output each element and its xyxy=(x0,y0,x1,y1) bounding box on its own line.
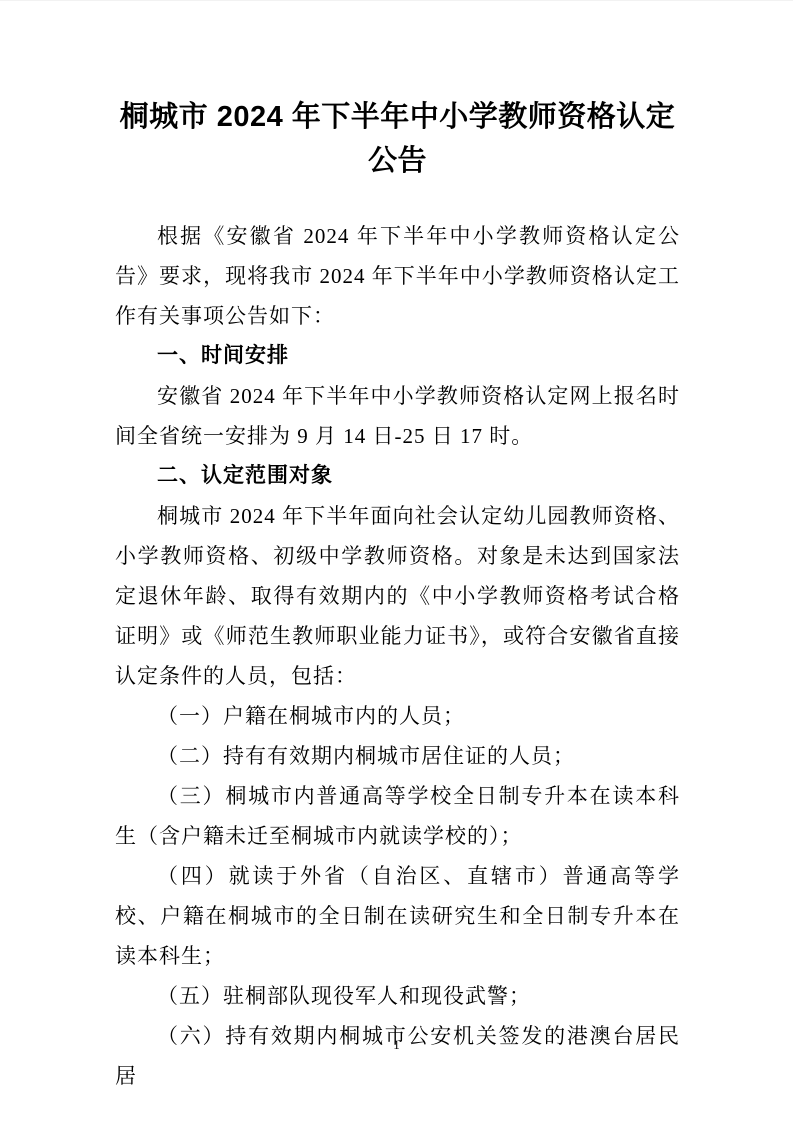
section-2-heading: 二、认定范围对象 xyxy=(115,456,680,496)
intro-paragraph: 根据《安徽省 2024 年下半年中小学教师资格认定公告》要求，现将我市 2024… xyxy=(115,216,680,336)
section-1-heading: 一、时间安排 xyxy=(115,336,680,376)
list-item-3: （三）桐城市内普通高等学校全日制专升本在读本科生（含户籍未迁至桐城市内就读学校的… xyxy=(115,776,680,856)
list-item-4: （四）就读于外省（自治区、直辖市）普通高等学校、户籍在桐城市的全日制在读研究生和… xyxy=(115,856,680,976)
list-item-1: （一）户籍在桐城市内的人员； xyxy=(115,696,680,736)
section-1-paragraph: 安徽省 2024 年下半年中小学教师资格认定网上报名时间全省统一安排为 9 月 … xyxy=(115,376,680,456)
list-item-6: （六）持有效期内桐城市公安机关签发的港澳台居民居 xyxy=(115,1016,680,1096)
page-number: 1 xyxy=(0,1037,793,1053)
list-item-2: （二）持有有效期内桐城市居住证的人员； xyxy=(115,736,680,776)
document-title: 桐城市 2024 年下半年中小学教师资格认定公告 xyxy=(115,95,680,183)
document-content: 桐城市 2024 年下半年中小学教师资格认定公告 根据《安徽省 2024 年下半… xyxy=(115,1,680,1096)
list-item-5: （五）驻桐部队现役军人和现役武警； xyxy=(115,976,680,1016)
section-2-paragraph: 桐城市 2024 年下半年面向社会认定幼儿园教师资格、小学教师资格、初级中学教师… xyxy=(115,496,680,696)
document-page: 桐城市 2024 年下半年中小学教师资格认定公告 根据《安徽省 2024 年下半… xyxy=(0,0,793,1122)
document-body: 根据《安徽省 2024 年下半年中小学教师资格认定公告》要求，现将我市 2024… xyxy=(115,216,680,1096)
